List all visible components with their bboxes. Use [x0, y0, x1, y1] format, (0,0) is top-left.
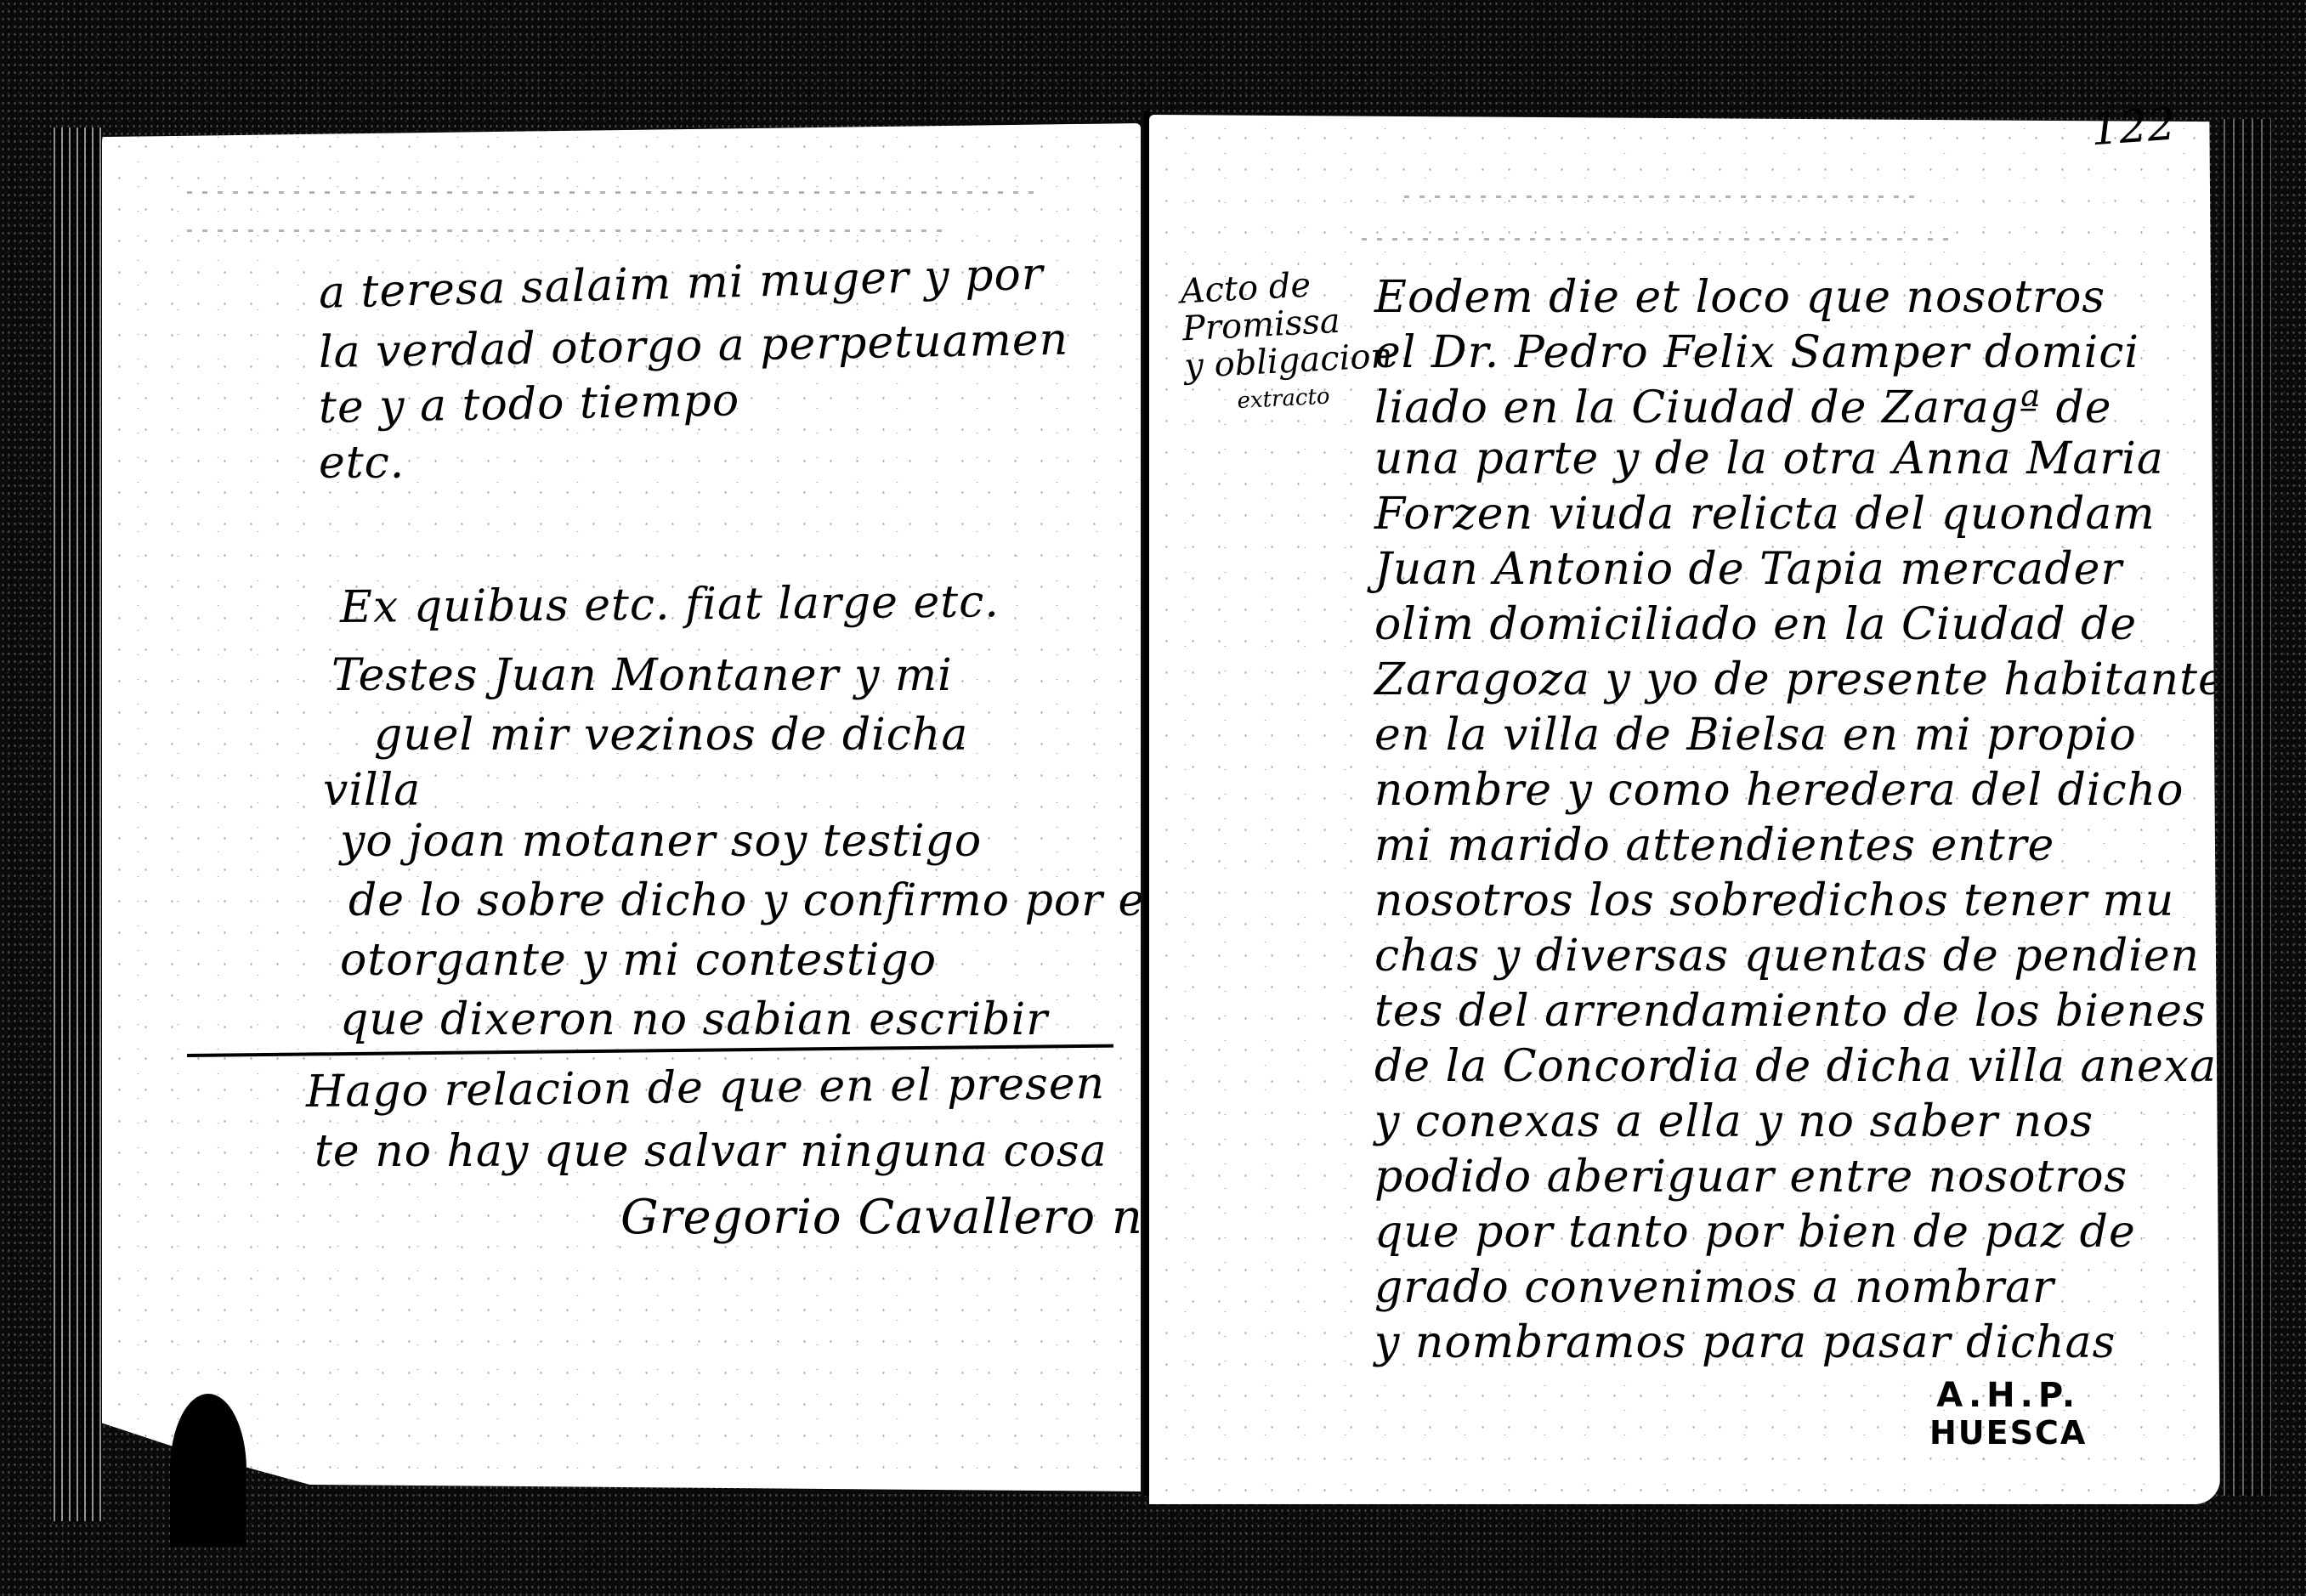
- text-line: yo joan motaner soy testigo: [340, 816, 982, 867]
- margin-note: Acto de Promissa y obligacion extracto: [1180, 263, 1396, 423]
- text-line: Hago relacion de que en el presen: [306, 1058, 1106, 1118]
- bleed-through-line: [1404, 195, 1914, 198]
- text-line: te y a todo tiempo: [318, 375, 739, 433]
- text-line: podido aberiguar entre nosotros: [1374, 1152, 2128, 1203]
- book-gutter: [1144, 110, 1150, 1496]
- stamp-line-2: HUESCA: [1929, 1414, 2087, 1452]
- notary-signature: Gregorio Cavallero notario: [620, 1190, 1141, 1245]
- text-line: olim domiciliado en la Ciudad de: [1374, 599, 2137, 650]
- text-line: otorgante y mi contestigo: [340, 935, 937, 986]
- text-line: Zaragoza y yo de presente habitante: [1374, 654, 2220, 705]
- text-line: tes del arrendamiento de los bienes: [1374, 986, 2207, 1037]
- text-line: chas y diversas quentas de pendien: [1374, 931, 2200, 982]
- text-line: liado en la Ciudad de Zaragª de: [1374, 382, 2112, 433]
- text-line: la verdad otorgo a perpetuamen: [318, 314, 1068, 378]
- margin-note-extract: extracto: [1236, 375, 1395, 421]
- text-line: de lo sobre dicho y confirmo por el: [348, 875, 1141, 926]
- book-edge-left: [51, 127, 102, 1521]
- text-line: Eodem die et loco que nosotros: [1374, 272, 2105, 323]
- text-line: Ex quibus etc. fiat large etc.: [340, 576, 1000, 633]
- text-line: villa: [323, 765, 421, 816]
- text-line: mi marido attendientes entre: [1374, 820, 2054, 871]
- text-line: y nombramos para pasar dichas: [1374, 1317, 2116, 1368]
- text-line: en la villa de Bielsa en mi propio: [1374, 710, 2137, 761]
- bleed-through-line: [1362, 238, 1957, 241]
- text-line: una parte y de la otra Anna Maria: [1374, 433, 2164, 484]
- folio-number: 122: [2089, 99, 2177, 156]
- text-line: nombre y como heredera del dicho: [1374, 765, 2184, 816]
- text-line: a teresa salaim mi muger y por: [318, 249, 1044, 319]
- text-line: grado convenimos a nombrar: [1374, 1262, 2054, 1313]
- text-line: y conexas a ella y no saber nos: [1374, 1096, 2094, 1147]
- text-line: Forzen viuda relicta del quondam: [1374, 489, 2156, 540]
- text-line: te no hay que salvar ninguna cosa: [314, 1126, 1108, 1177]
- archive-stamp: A.H.P. HUESCA: [1929, 1377, 2087, 1452]
- bleed-through-line: [187, 229, 952, 232]
- text-line: Juan Antonio de Tapia mercader: [1374, 544, 2122, 595]
- text-line: que por tanto por bien de paz de: [1374, 1207, 2136, 1258]
- book-edge-right: [2220, 119, 2271, 1496]
- bleed-through-line: [187, 191, 1037, 194]
- right-page: Acto de Promissa y obligacion extracto E…: [1149, 115, 2220, 1504]
- text-line: guel mir vezinos de dicha: [374, 710, 968, 761]
- separator-rule: [187, 1044, 1113, 1057]
- text-line: etc.: [319, 438, 405, 489]
- text-line: el Dr. Pedro Felix Samper domici: [1374, 327, 2139, 378]
- text-line: de la Concordia de dicha villa anexa: [1374, 1041, 2217, 1092]
- text-line: nosotros los sobredichos tener mu: [1374, 875, 2174, 926]
- text-line: Testes Juan Montaner y mi: [331, 650, 953, 701]
- stamp-line-1: A.H.P.: [1929, 1377, 2087, 1414]
- left-page: a teresa salaim mi muger y por la verdad…: [102, 123, 1141, 1491]
- page-corner-shadow: [170, 1394, 246, 1547]
- text-line: que dixeron no sabian escribir: [340, 994, 1048, 1045]
